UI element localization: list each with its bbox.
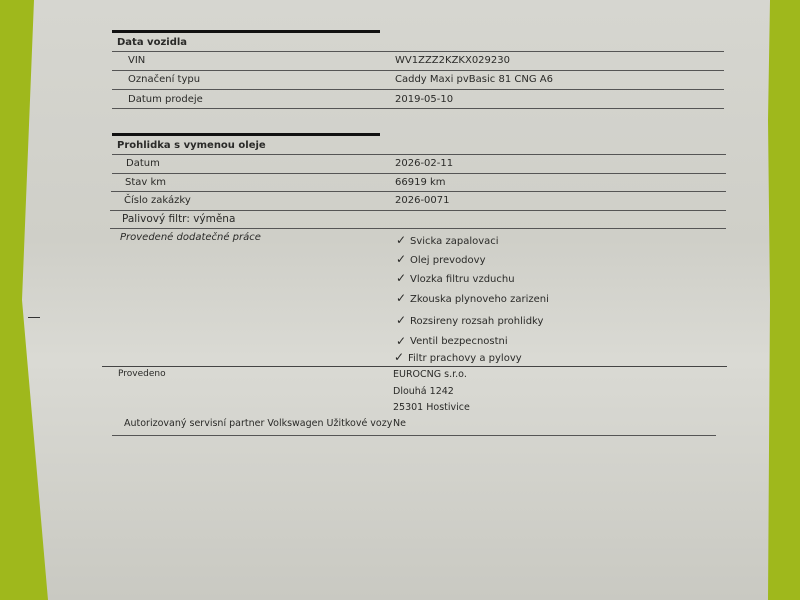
company-city: 25301 Hostivice (393, 402, 470, 413)
section-divider (112, 30, 380, 33)
row-line (112, 154, 726, 155)
date-label: Datum (126, 158, 160, 169)
order-number-value: 2026-0071 (395, 195, 450, 206)
work-item: Filtr prachovy a pylovy (408, 353, 522, 364)
work-item: Ventil bezpecnostni (410, 336, 508, 347)
check-icon: ✓ (396, 313, 406, 327)
type-value: Caddy Maxi pvBasic 81 CNG A6 (395, 74, 553, 85)
row-line (112, 108, 724, 109)
mileage-value: 66919 km (395, 177, 446, 188)
work-item: Olej prevodovy (410, 255, 486, 266)
work-item: Zkouska plynoveho zarizeni (410, 294, 549, 305)
work-item: Rozsireny rozsah prohlidky (410, 316, 543, 327)
sale-date-label: Datum prodeje (128, 94, 203, 105)
type-label: Označení typu (128, 74, 200, 85)
mileage-label: Stav km (125, 177, 166, 188)
row-line (112, 89, 724, 90)
company-name: EUROCNG s.r.o. (393, 369, 467, 380)
check-icon: ✓ (396, 334, 406, 348)
check-icon: ✓ (396, 233, 406, 247)
vin-value: WV1ZZZ2KZKX029230 (395, 55, 510, 66)
row-line (112, 70, 724, 71)
authorized-partner-value: Ne (393, 418, 406, 429)
order-number-label: Číslo zakázky (124, 195, 191, 206)
row-line (112, 435, 716, 436)
additional-work-label: Provedené dodatečné práce (120, 232, 261, 243)
row-line (111, 191, 726, 192)
row-line (110, 228, 726, 229)
check-icon: ✓ (396, 271, 406, 285)
row-line (110, 210, 726, 211)
check-icon: ✓ (396, 291, 406, 305)
work-item: Svicka zapalovaci (410, 236, 499, 247)
performed-by-label: Provedeno (118, 369, 166, 379)
paper-document: Data vozidla VIN WV1ZZZ2KZKX029230 Označ… (0, 0, 800, 600)
vin-label: VIN (128, 55, 145, 66)
sale-date-value: 2019-05-10 (395, 94, 453, 105)
row-line (102, 366, 727, 367)
authorized-partner-label: Autorizovaný servisní partner Volkswagen… (124, 418, 392, 429)
date-value: 2026-02-11 (395, 158, 453, 169)
check-icon: ✓ (396, 252, 406, 266)
section-divider (112, 133, 380, 136)
row-line (112, 51, 724, 52)
fold-mark (28, 317, 40, 318)
inspection-heading: Prohlidka s vymenou oleje (117, 140, 266, 151)
company-street: Dlouhá 1242 (393, 386, 454, 397)
fuel-filter-note: Palivový filtr: výměna (122, 213, 235, 225)
row-line (112, 173, 726, 174)
vehicle-data-heading: Data vozidla (117, 37, 187, 48)
work-item: Vlozka filtru vzduchu (410, 274, 515, 285)
check-icon: ✓ (394, 350, 404, 364)
